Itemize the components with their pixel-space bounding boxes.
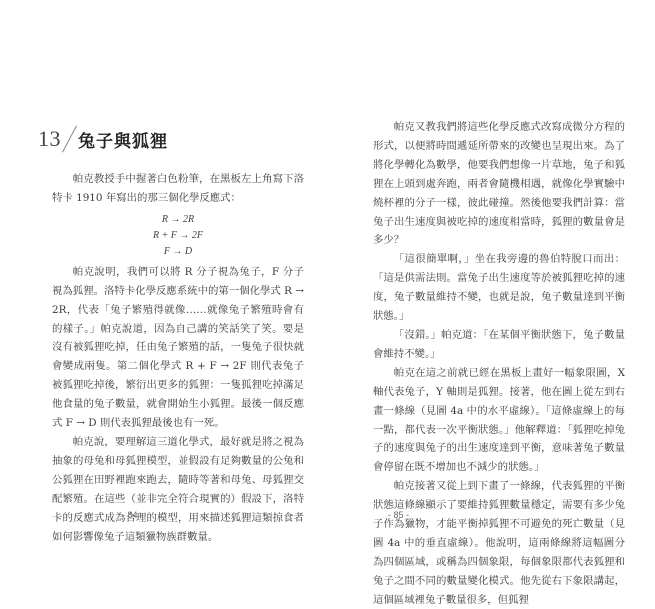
paragraph: 帕克接著又從上到下畫了一條線，代表狐狸的平衡狀態這條線顯示了要維持狐狸數量穩定，… bbox=[373, 477, 625, 609]
left-body: 帕克教授手中握著白色粉筆，在黑板左上角寫下洛特卡 1910 年寫出的那三個化學反… bbox=[52, 170, 304, 546]
formula-2: R + F → 2F bbox=[52, 228, 304, 244]
formula-1: R → 2R bbox=[52, 212, 304, 228]
paragraph: 帕克說，要理解這三道化學式，最好就是將之視為抽象的母兔和母狐狸模型，並假設有足夠… bbox=[52, 433, 304, 546]
chapter-title: 兔子與狐狸 bbox=[78, 127, 168, 152]
right-page: 帕克又教我們將這些化學反應式改寫成微分方程的形式，以便將時間遞延所帶來的改變也呈… bbox=[328, 0, 655, 609]
page-number: - 84 - bbox=[122, 510, 143, 520]
paragraph: 帕克說明，我們可以將 R 分子視為兔子，F 分子視為狐狸。洛特卡化學反應系統中的… bbox=[52, 263, 304, 433]
paragraph: 帕克又教我們將這些化學反應式改寫成微分方程的形式，以便將時間遞延所帶來的改變也呈… bbox=[373, 118, 625, 250]
paragraph: 「這很簡單啊，」坐在我旁邊的魯伯特脫口而出：「這是供需法則。當兔子出生速度等於被… bbox=[373, 250, 625, 326]
chapter-number: 13 bbox=[38, 126, 61, 152]
intro-paragraph: 帕克教授手中握著白色粉筆，在黑板左上角寫下洛特卡 1910 年寫出的那三個化學反… bbox=[52, 170, 304, 208]
chapter-heading: 13 兔子與狐狸 bbox=[38, 124, 168, 154]
paragraph: 「沒錯。」帕克道：「在某個平衡狀態下，兔子數量會維持不變。」 bbox=[373, 326, 625, 364]
formula-3: F → D bbox=[52, 244, 304, 260]
paragraph: 帕克在這之前就已經在黑板上畫好一幅象限圖，X 軸代表兔子，Y 軸則是狐狸。接著，… bbox=[373, 364, 625, 477]
right-body: 帕克又教我們將這些化學反應式改寫成微分方程的形式，以便將時間遞延所帶來的改變也呈… bbox=[373, 118, 625, 609]
page-number: - 85 - bbox=[388, 510, 409, 520]
left-page: 13 兔子與狐狸 帕克教授手中握著白色粉筆，在黑板左上角寫下洛特卡 1910 年… bbox=[0, 0, 327, 609]
chapter-divider-slash bbox=[62, 126, 77, 153]
